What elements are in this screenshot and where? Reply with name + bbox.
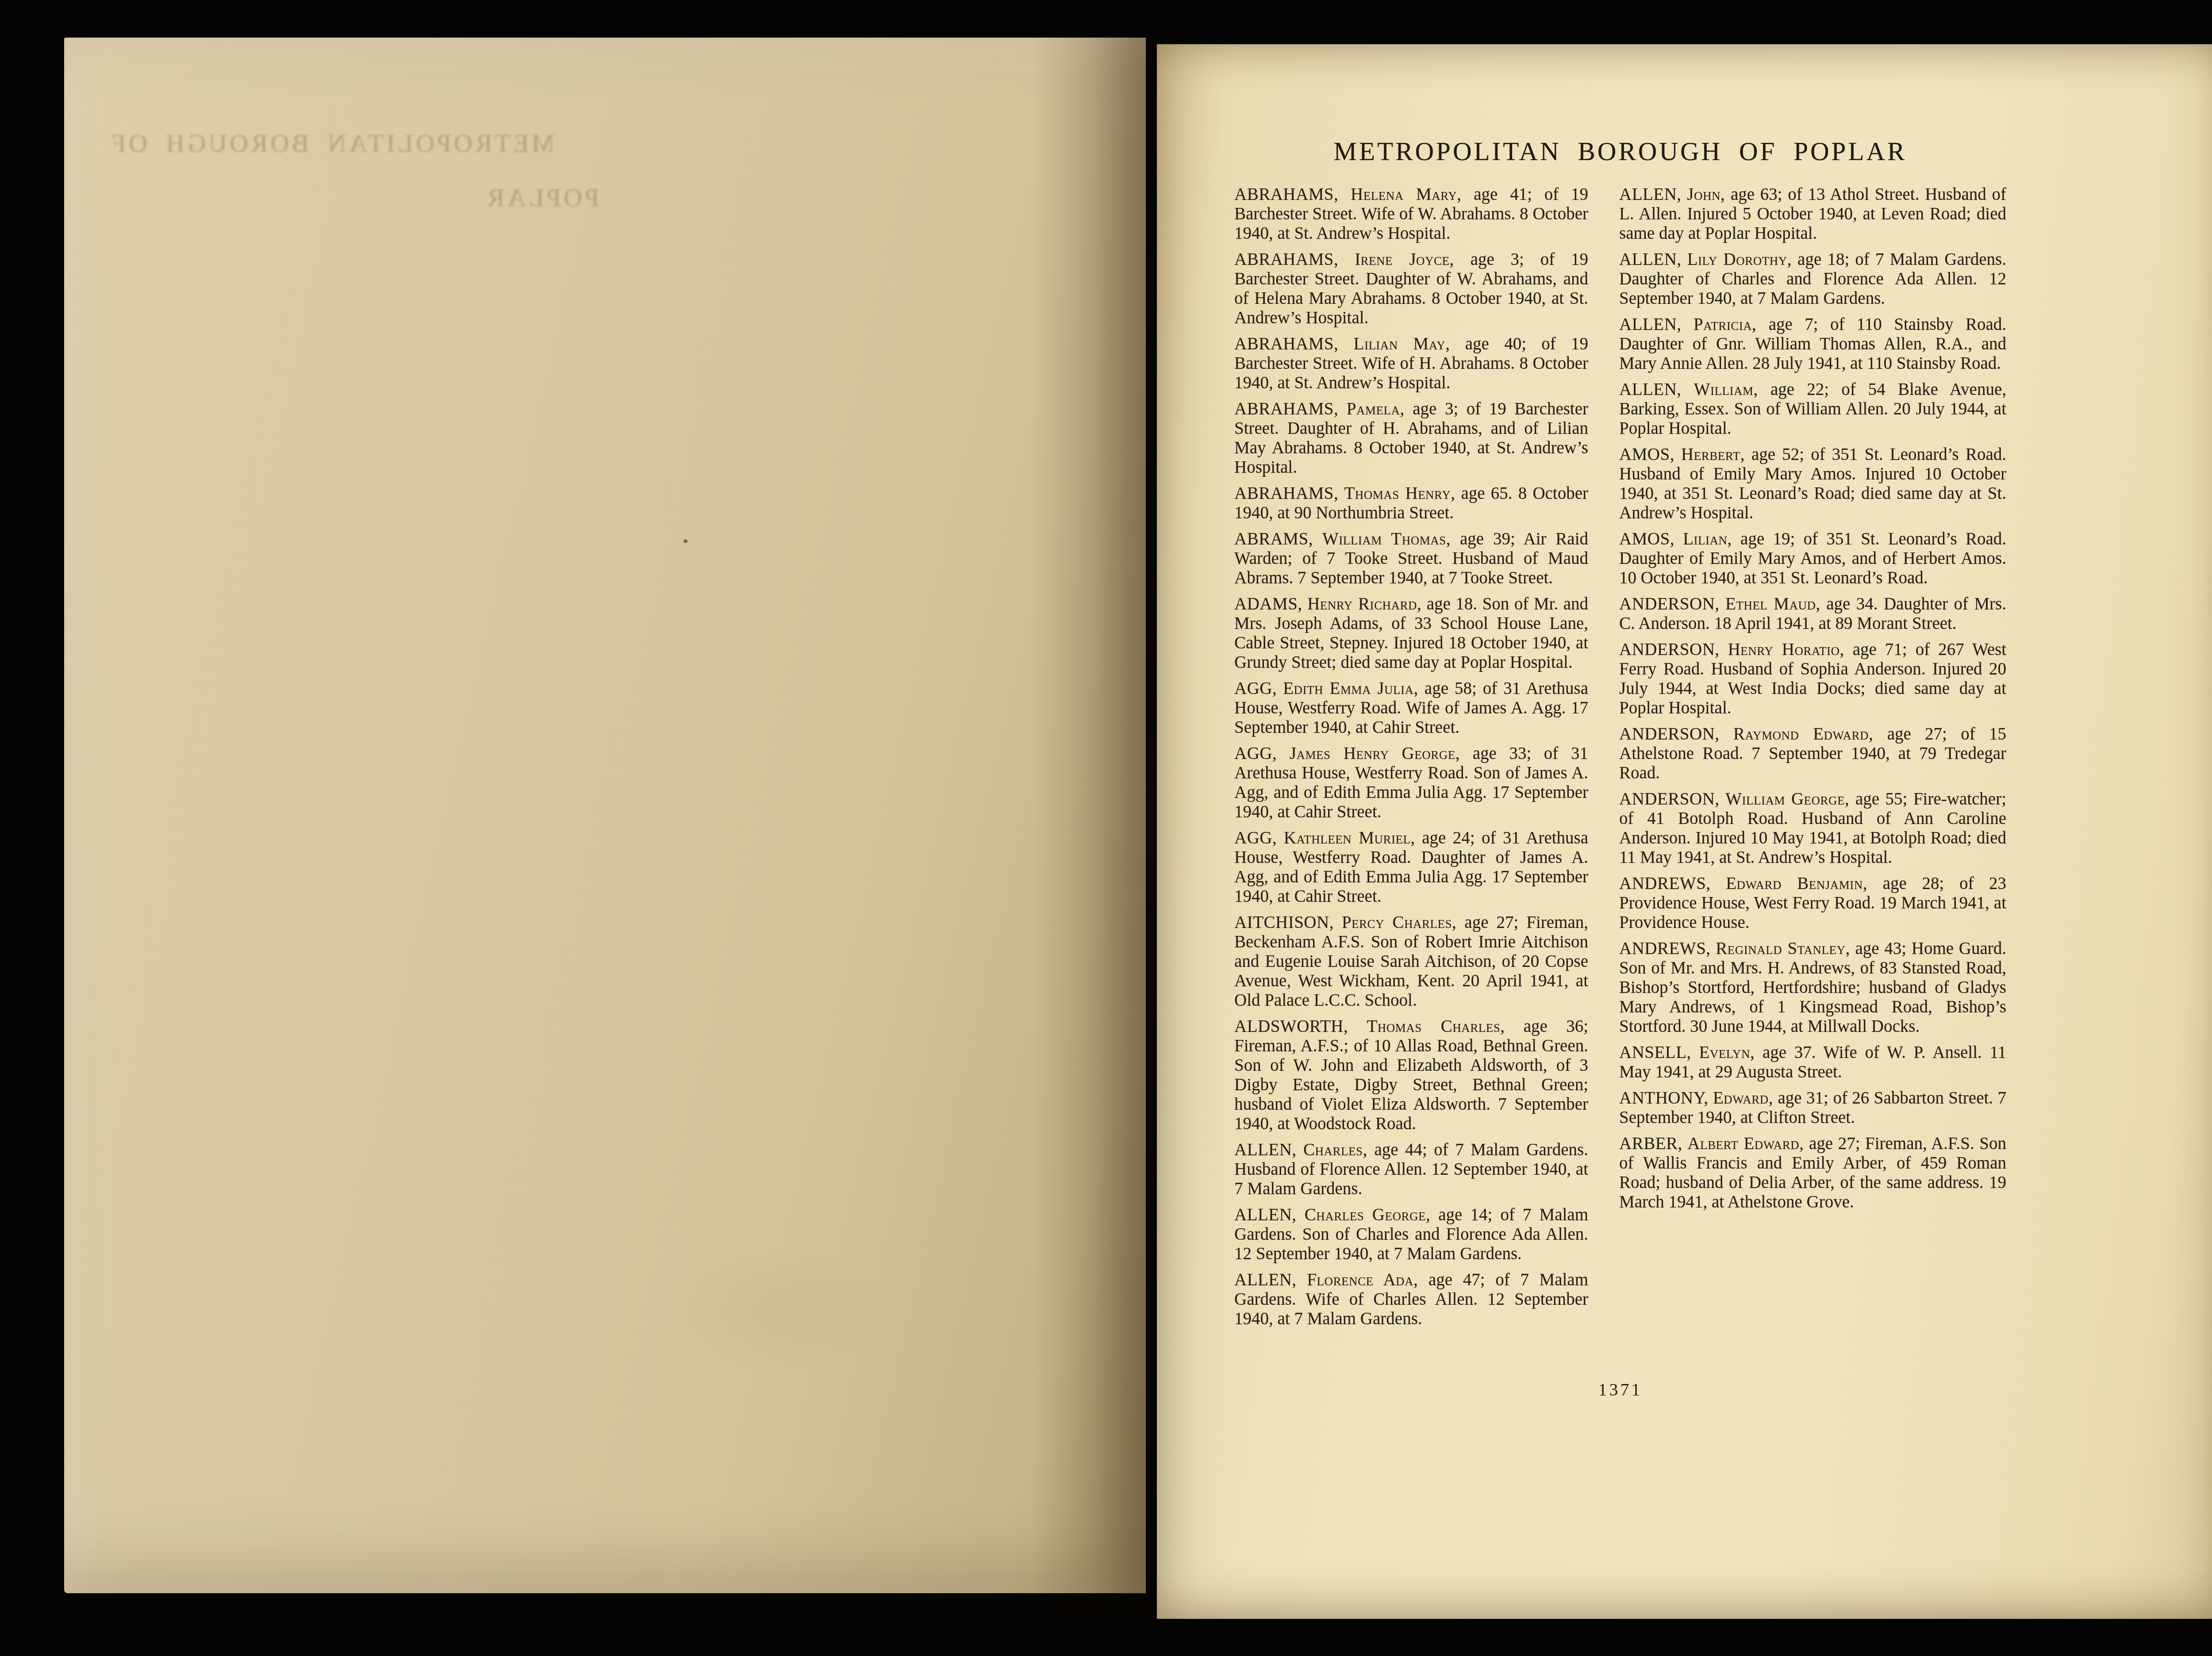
entry-given-names: Lilian, [1683,529,1732,548]
register-entry: ALLEN, John, age 63; of 13 Athol Street.… [1619,185,2006,243]
register-entry: ALLEN, Charles George, age 14; of 7 Mala… [1234,1205,1588,1264]
entry-given-names: Edward, [1713,1089,1773,1108]
register-entry: ADAMS, Henry Richard, age 18. Son of Mr.… [1234,594,1588,672]
column-right: ALLEN, John, age 63; of 13 Athol Street.… [1619,185,2006,1335]
register-entry: ANSELL, Evelyn, age 37. Wife of W. P. An… [1619,1043,2006,1082]
register-entry: ABRAHAMS, Thomas Henry, age 65. 8 Octobe… [1234,484,1588,523]
showthrough-text-line2: POPLAR [449,183,635,212]
entry-given-names: Thomas Henry, [1344,484,1455,503]
register-entry: ANDERSON, Raymond Edward, age 27; of 15 … [1619,724,2006,783]
entry-given-names: Henry Richard, [1307,594,1421,613]
register-entry: AGG, Edith Emma Julia, age 58; of 31 Are… [1234,679,1588,737]
entry-given-names: Patricia, [1694,315,1756,334]
entry-given-names: William George, [1725,790,1849,809]
entry-surname: AMOS, [1619,445,1674,464]
gutter-shadow [1031,38,1146,1593]
register-entry: ANDERSON, Henry Horatio, age 71; of 267 … [1619,640,2006,718]
register-entry: ABRAHAMS, Pamela, age 3; of 19 Barcheste… [1234,399,1588,477]
register-columns: ABRAHAMS, Helena Mary, age 41; of 19 Bar… [1234,185,2006,1335]
entry-surname: ABRAHAMS, [1234,250,1338,269]
entry-surname: AMOS, [1619,529,1674,548]
entry-surname: ALDSWORTH, [1234,1017,1348,1036]
entry-surname: ALLEN, [1234,1205,1297,1224]
entry-given-names: Albert Edward, [1687,1134,1804,1153]
register-entry: ALLEN, Patricia, age 7; of 110 Stainsby … [1619,315,2006,373]
column-left: ABRAHAMS, Helena Mary, age 41; of 19 Bar… [1234,185,1588,1335]
register-entry: ALLEN, Florence Ada, age 47; of 7 Malam … [1234,1270,1588,1329]
entry-surname: ANSELL, [1619,1043,1691,1062]
entry-surname: ABRAHAMS, [1234,484,1338,503]
entry-given-names: Herbert, [1681,445,1745,464]
entry-surname: ANDERSON, [1619,790,1720,809]
register-entry: AMOS, Lilian, age 19; of 351 St. Leonard… [1619,529,2006,588]
entry-given-names: Edith Emma Julia, [1283,679,1418,698]
register-entry: ANDERSON, Ethel Maud, age 34. Daughter o… [1619,594,2006,633]
entry-surname: AITCHISON, [1234,913,1334,932]
entry-given-names: Ethel Maud, [1725,594,1820,613]
entry-given-names: James Henry George, [1290,744,1460,763]
register-entry: ALLEN, William, age 22; of 54 Blake Aven… [1619,380,2006,438]
entry-surname: ALLEN, [1619,315,1682,334]
entry-surname: ANDREWS, [1619,874,1711,893]
register-entry: ABRAHAMS, Lilian May, age 40; of 19 Barc… [1234,334,1588,393]
entry-surname: AGG, [1234,679,1277,698]
register-entry: ABRAMS, William Thomas, age 39; Air Raid… [1234,529,1588,588]
register-entry: AITCHISON, Percy Charles, age 27; Firema… [1234,913,1588,1010]
entry-given-names: Helena Mary, [1351,185,1461,204]
entry-surname: AGG, [1234,828,1277,847]
entry-given-names: Lilian May, [1354,334,1450,353]
register-entry: ANDERSON, William George, age 55; Fire-w… [1619,790,2006,867]
entry-surname: ANDREWS, [1619,939,1711,958]
entry-surname: ANDERSON, [1619,724,1720,744]
register-entry: ANTHONY, Edward, age 31; of 26 Sabbarton… [1619,1089,2006,1127]
entry-surname: ALLEN, [1619,380,1682,399]
register-entry: ABRAHAMS, Helena Mary, age 41; of 19 Bar… [1234,185,1588,243]
register-entry: AGG, Kathleen Muriel, age 24; of 31 Aret… [1234,828,1588,906]
entry-given-names: Reginald Stanley, [1716,939,1850,958]
entry-surname: ALLEN, [1619,250,1682,269]
entry-surname: ANDERSON, [1619,594,1720,613]
showthrough-text-line1: METROPOLITAN BOROUGH OF [77,128,586,158]
page-heading: METROPOLITAN BOROUGH OF POPLAR [1234,136,2006,167]
page-number: 1371 [1234,1379,2006,1400]
entry-surname: ALLEN, [1234,1270,1297,1289]
register-entry: ARBER, Albert Edward, age 27; Fireman, A… [1619,1134,2006,1212]
entry-surname: ANDERSON, [1619,640,1720,659]
entry-surname: ALLEN, [1234,1140,1297,1159]
paper-stain [659,1243,889,1376]
entry-given-names: Lily Dorothy, [1687,250,1792,269]
entry-given-names: Florence Ada, [1307,1270,1418,1289]
entry-given-names: William, [1694,380,1758,399]
entry-given-names: John, [1687,185,1725,204]
entry-surname: ABRAMS, [1234,529,1313,548]
entry-given-names: Thomas Charles, [1367,1017,1505,1036]
entry-given-names: William Thomas, [1322,529,1451,548]
entry-details: age 52; of 351 St. Leonard’s Road. Husba… [1619,445,2006,522]
entry-given-names: Pamela, [1347,399,1405,418]
entry-given-names: Henry Horatio, [1728,640,1844,659]
entry-given-names: Raymond Edward, [1733,724,1873,744]
entry-given-names: Charles, [1303,1140,1367,1159]
entry-given-names: Charles George, [1305,1205,1431,1224]
entry-surname: ADAMS, [1234,594,1302,613]
entry-given-names: Edward Benjamin, [1726,874,1867,893]
register-entry: ALLEN, Lily Dorothy, age 18; of 7 Malam … [1619,250,2006,308]
entry-surname: AGG, [1234,744,1277,763]
entry-surname: ANTHONY, [1619,1089,1709,1108]
entry-surname: ABRAHAMS, [1234,399,1338,418]
entry-surname: ABRAHAMS, [1234,334,1338,353]
entry-details: age 19; of 351 St. Leonard’s Road. Daugh… [1619,529,2006,587]
left-blank-page: METROPOLITAN BOROUGH OF POPLAR [64,38,1146,1593]
ink-speck [684,540,687,543]
entry-given-names: Percy Charles, [1342,913,1456,932]
register-entry: AGG, James Henry George, age 33; of 31 A… [1234,744,1588,822]
entry-surname: ABRAHAMS, [1234,185,1338,204]
book-scan: METROPOLITAN BOROUGH OF POPLAR METROPOLI… [0,0,2212,1656]
register-entry: ALDSWORTH, Thomas Charles, age 36; Firem… [1234,1017,1588,1134]
register-entry: ANDREWS, Reginald Stanley, age 43; Home … [1619,939,2006,1036]
register-entry: ALLEN, Charles, age 44; of 7 Malam Garde… [1234,1140,1588,1199]
entry-given-names: Kathleen Muriel, [1284,828,1415,847]
entry-given-names: Evelyn, [1699,1043,1755,1062]
register-entry: ABRAHAMS, Irene Joyce, age 3; of 19 Barc… [1234,250,1588,328]
entry-surname: ALLEN, [1619,185,1682,204]
entry-given-names: Irene Joyce, [1355,250,1454,269]
register-entry: AMOS, Herbert, age 52; of 351 St. Leonar… [1619,445,2006,523]
register-entry: ANDREWS, Edward Benjamin, age 28; of 23 … [1619,874,2006,932]
entry-surname: ARBER, [1619,1134,1682,1153]
right-register-page: METROPOLITAN BOROUGH OF POPLAR ABRAHAMS,… [1157,44,2212,1619]
